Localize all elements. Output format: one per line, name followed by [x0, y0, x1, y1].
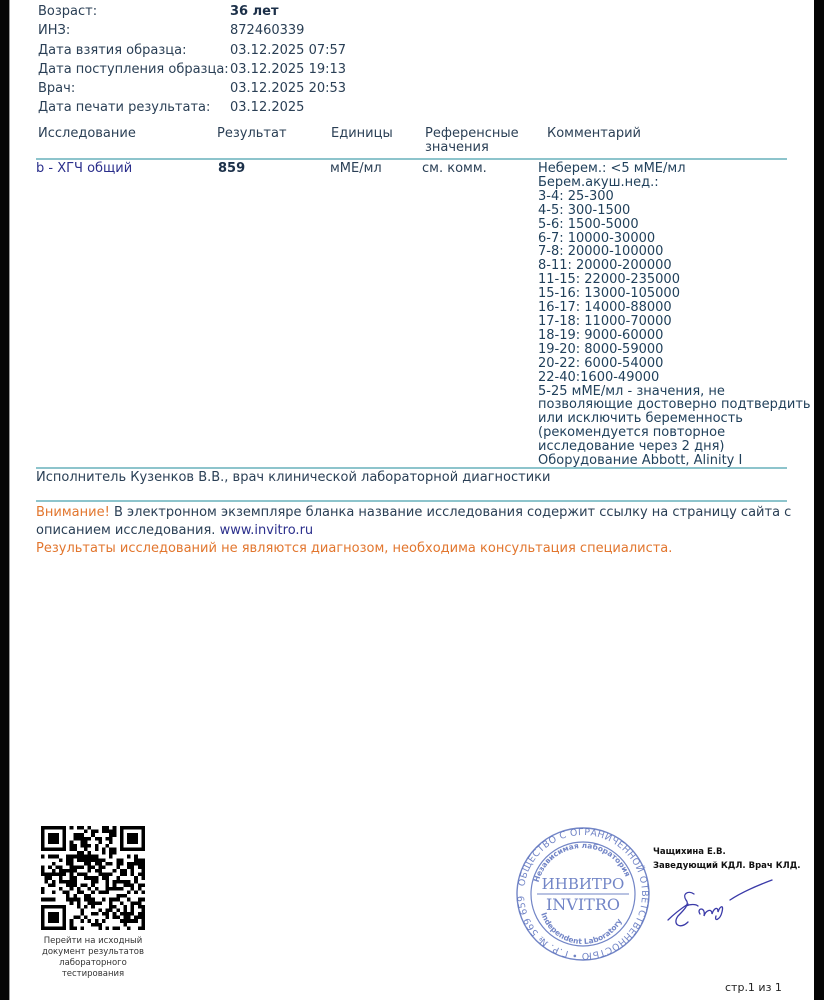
header-result: Результат: [217, 127, 287, 141]
header-test: Исследование: [38, 127, 136, 141]
info-row: Возраст:36 лет: [38, 2, 346, 21]
qr-caption-line: Перейти на исходный: [30, 936, 156, 947]
page-number: стр.1 из 1: [725, 981, 782, 994]
test-result: 859: [218, 162, 245, 176]
invitro-link[interactable]: www.invitro.ru: [220, 523, 314, 538]
warning-label: Внимание!: [36, 505, 110, 520]
header-units: Единицы: [331, 127, 393, 141]
comment-line: 18-19: 9000-60000: [538, 329, 798, 343]
comment-line: 16-17: 14000-88000: [538, 301, 798, 315]
comment-line: 3-4: 25-300: [538, 190, 798, 204]
header-reference: Референсные значения: [425, 127, 519, 155]
comment-line: 19-20: 8000-59000: [538, 343, 798, 357]
info-label: Врач:: [38, 79, 230, 98]
comment-line: Оборудование Abbott, Alinity I: [538, 454, 798, 468]
comment-line: 4-5: 300-1500: [538, 204, 798, 218]
comment-line: 17-18: 11000-70000: [538, 315, 798, 329]
notice-text: В электронном экземпляре бланка название…: [36, 505, 791, 538]
comment-line: 5-6: 1500-5000: [538, 218, 798, 232]
signer: Чащихина Е.В. Заведующий КДЛ. Врач КЛД.: [653, 845, 801, 873]
info-value: 36 лет: [230, 2, 279, 21]
info-label: Дата поступления образца:: [38, 60, 230, 79]
signer-name: Чащихина Е.В.: [653, 845, 801, 859]
comment-line: позволяющие достоверно подтвердить: [538, 398, 798, 412]
notice-rule: [36, 500, 787, 502]
svg-text:ИНВИТРО: ИНВИТРО: [542, 875, 625, 893]
info-label: Дата печати результата:: [38, 98, 230, 117]
comment-line: 6-7: 10000-30000: [538, 232, 798, 246]
comment-line: 5-25 мМЕ/мл - значения, не: [538, 385, 798, 399]
info-row: Дата взятия образца:03.12.2025 07:57: [38, 41, 346, 60]
comment-line: 7-8: 20000-100000: [538, 245, 798, 259]
header-reference-line1: Референсные: [425, 127, 519, 141]
qr-caption: Перейти на исходный документ результатов…: [30, 936, 156, 980]
signature-icon: [660, 870, 775, 940]
table-bottom-rule: [36, 467, 787, 469]
info-label: ИНЗ:: [38, 21, 230, 40]
comment-line: 22-40:1600-49000: [538, 371, 798, 385]
executor-line: Исполнитель Кузенков В.В., врач клиничес…: [36, 470, 550, 485]
comment-line: (рекомендуется повторное: [538, 426, 798, 440]
comment-line: Неберем.: <5 мМЕ/мл: [538, 162, 798, 176]
patient-info: Возраст:36 летИНЗ:872460339Дата взятия о…: [38, 2, 346, 118]
info-label: Возраст:: [38, 2, 230, 21]
comment-line: исследование через 2 дня): [538, 440, 798, 454]
comment-line: 20-22: 6000-54000: [538, 357, 798, 371]
info-value: 03.12.2025 20:53: [230, 79, 346, 98]
test-comment: Неберем.: <5 мМЕ/млБерем.акуш.нед.:3-4: …: [538, 162, 798, 468]
table-header-rule: [36, 158, 787, 160]
info-value: 03.12.2025: [230, 98, 304, 117]
comment-line: 15-16: 13000-105000: [538, 287, 798, 301]
info-label: Дата взятия образца:: [38, 41, 230, 60]
info-row: Врач:03.12.2025 20:53: [38, 79, 346, 98]
qr-caption-line: лабораторного тестирования: [30, 958, 156, 980]
info-value: 03.12.2025 19:13: [230, 60, 346, 79]
qr-code[interactable]: [41, 826, 145, 930]
scan-edge-right: [814, 0, 824, 1000]
header-comment: Комментарий: [547, 127, 641, 141]
info-value: 872460339: [230, 21, 304, 40]
comment-line: 11-15: 22000-235000: [538, 273, 798, 287]
qr-caption-line: документ результатов: [30, 947, 156, 958]
info-value: 03.12.2025 07:57: [230, 41, 346, 60]
info-row: Дата печати результата:03.12.2025: [38, 98, 346, 117]
comment-line: Берем.акуш.нед.:: [538, 176, 798, 190]
scan-edge-left: [0, 0, 9, 1000]
test-units: мМЕ/мл: [330, 162, 382, 176]
test-reference: см. комм.: [422, 162, 487, 176]
notice: Внимание! В электронном экземпляре бланк…: [36, 504, 796, 558]
info-row: Дата поступления образца:03.12.2025 19:1…: [38, 60, 346, 79]
comment-line: 8-11: 20000-200000: [538, 259, 798, 273]
test-name-link[interactable]: b - ХГЧ общий: [36, 162, 132, 176]
header-reference-line2: значения: [425, 141, 519, 155]
info-row: ИНЗ:872460339: [38, 21, 346, 40]
disclaimer: Результаты исследований не являются диаг…: [36, 540, 796, 558]
comment-line: или исключить беременность: [538, 412, 798, 426]
invitro-stamp: ОБЩЕСТВО С ОГРАНИЧЕННОЙ ОТВЕТСТВЕННОСТЬЮ…: [515, 826, 651, 962]
svg-text:INVITRO: INVITRO: [546, 895, 620, 914]
